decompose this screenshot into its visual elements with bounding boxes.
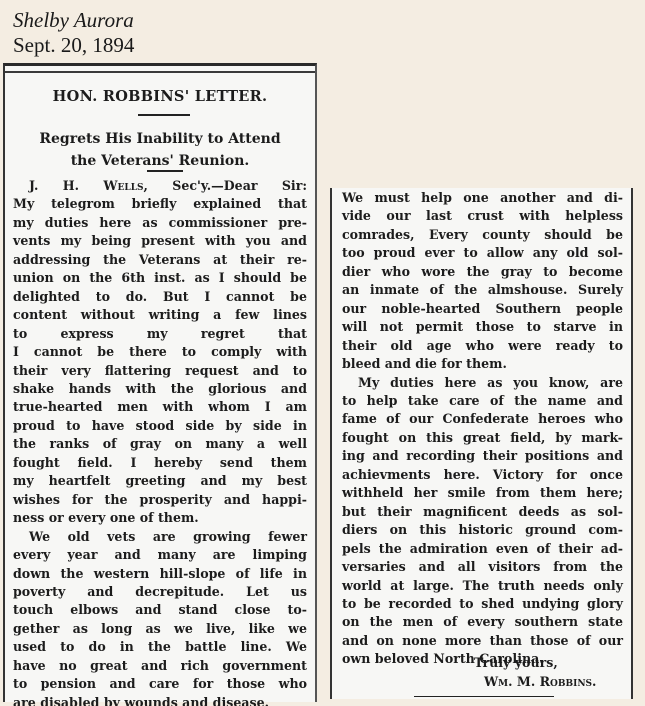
- salutation-rest: , Sec'y.—Dear Sir:: [144, 178, 307, 193]
- text-line: too proud ever to allow any old sol-: [342, 244, 623, 262]
- text-line: My duties here as you know, are: [342, 374, 623, 392]
- text-line: my duties here as commissioner pre-: [13, 214, 307, 232]
- text-line: poverty and decrepitude. Let us: [13, 583, 307, 601]
- subheadline-divider: [147, 170, 183, 172]
- text-line: fame of our Confederate heroes who: [342, 410, 623, 428]
- text-line: to be recorded to shed undying glory: [342, 595, 623, 613]
- text-line: withheld her smile from them here;: [342, 484, 623, 502]
- text-line: down the western hill-slope of life in: [13, 565, 307, 583]
- text-line: an inmate of the almshouse. Surely: [342, 281, 623, 299]
- subheadline-line: the Veterans' Reunion.: [5, 150, 315, 172]
- article-headline: HON. ROBBINS' LETTER.: [5, 88, 315, 105]
- publication-date: Sept. 20, 1894: [13, 33, 134, 58]
- text-line: but their magnificent deeds as sol-: [342, 503, 623, 521]
- clipping-caption: Shelby Aurora Sept. 20, 1894: [13, 8, 134, 58]
- text-line: addressing the Veterans at their re-: [13, 251, 307, 269]
- text-line: comrades, Every county should be: [342, 226, 623, 244]
- text-line: and on none more than those of our: [342, 632, 623, 650]
- text-line: their very flattering request and to: [13, 362, 307, 380]
- text-line: our noble-hearted Southern people: [342, 300, 623, 318]
- headline-divider: [138, 114, 190, 116]
- text-line: gether as long as we live, like we: [13, 620, 307, 638]
- text-line: to pension and care for those who: [13, 675, 307, 693]
- text-line: true-hearted men with whom I am: [13, 398, 307, 416]
- text-line: fought field. I hereby send them: [13, 454, 307, 472]
- text-line: dier who wore the gray to become: [342, 263, 623, 281]
- text-line: proud to have stood side by side in: [13, 417, 307, 435]
- column-2-body: We must help one another and di-vide our…: [342, 189, 623, 669]
- column-1-body: J. H. Wells, Sec'y.—Dear Sir: My telegro…: [13, 177, 307, 706]
- text-line: We must help one another and di-: [342, 189, 623, 207]
- text-line: their old age who were ready to: [342, 337, 623, 355]
- text-line: are disabled by wounds and disease.: [13, 694, 307, 706]
- text-line: versaries and all visitors from the: [342, 558, 623, 576]
- article-subheadline: Regrets His Inability to Attend the Vete…: [5, 128, 315, 172]
- text-line: the ranks of gray on many a well: [13, 435, 307, 453]
- text-line: My telegrom briefly explained that: [13, 195, 307, 213]
- text-line: delighted to do. But I cannot be: [13, 288, 307, 306]
- text-line: every year and many are limping: [13, 546, 307, 564]
- text-line: to help take care of the name and: [342, 392, 623, 410]
- article-column-2: We must help one another and di-vide our…: [330, 188, 633, 699]
- closing: Truly yours,: [474, 655, 558, 670]
- newspaper-name: Shelby Aurora: [13, 8, 134, 33]
- text-line: achievments here. Victory for once: [342, 466, 623, 484]
- signature: Wm. M. Robbins.: [484, 674, 596, 689]
- text-line: have no great and rich government: [13, 657, 307, 675]
- text-line: my heartfelt greeting and my best: [13, 472, 307, 490]
- article-column-1: HON. ROBBINS' LETTER. Regrets His Inabil…: [3, 63, 317, 702]
- addressee: J. H. Wells: [29, 178, 144, 193]
- end-rule: [414, 696, 554, 697]
- text-line: pels the admiration even of their ad-: [342, 540, 623, 558]
- text-line: ing and recording their positions and: [342, 447, 623, 465]
- text-line: touch elbows and stand close to-: [13, 601, 307, 619]
- text-line: diers on this historic ground com-: [342, 521, 623, 539]
- text-line: union on the 6th inst. as I should be: [13, 269, 307, 287]
- text-line: to express my regret that: [13, 325, 307, 343]
- text-line: content without writing a few lines: [13, 306, 307, 324]
- text-line: on the men of every southern state: [342, 613, 623, 631]
- text-line: vide our last crust with helpless: [342, 207, 623, 225]
- salutation: J. H. Wells, Sec'y.—Dear Sir:: [13, 177, 307, 195]
- text-line: fought on this great field, by mark-: [342, 429, 623, 447]
- text-line: wishes for the prosperity and happi-: [13, 491, 307, 509]
- text-line: bleed and die for them.: [342, 355, 623, 373]
- text-line: ness or every one of them.: [13, 509, 307, 527]
- text-line: vents my being present with you and: [13, 232, 307, 250]
- text-line: will not permit those to starve in: [342, 318, 623, 336]
- text-line: shake hands with the glorious and: [13, 380, 307, 398]
- text-line: We old vets are growing fewer: [13, 528, 307, 546]
- text-line: I cannot be there to comply with: [13, 343, 307, 361]
- subheadline-line: Regrets His Inability to Attend: [5, 128, 315, 150]
- double-rule: [5, 71, 315, 73]
- text-line: used to do in the battle line. We: [13, 638, 307, 656]
- text-line: world at large. The truth needs only: [342, 577, 623, 595]
